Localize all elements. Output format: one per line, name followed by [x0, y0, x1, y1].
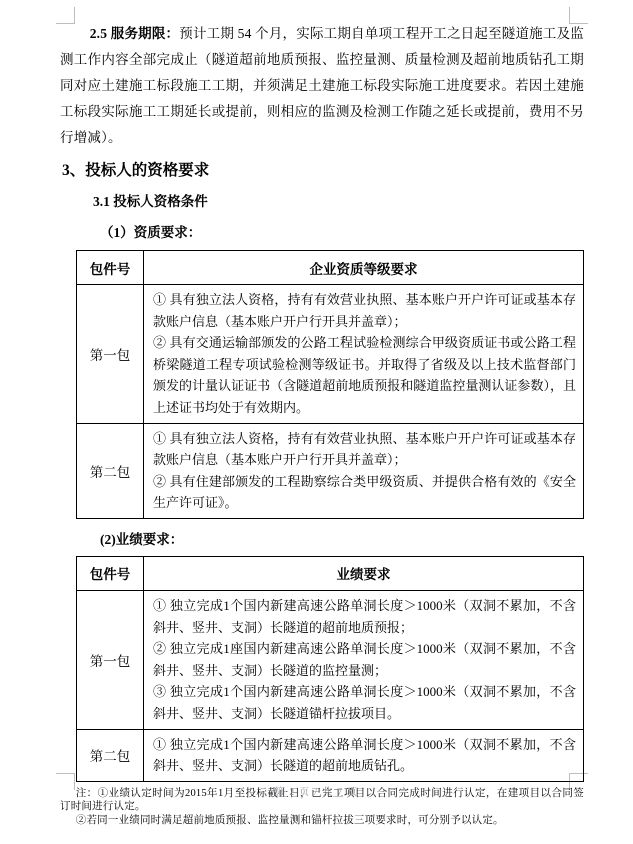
- table-row: 第二包 ① 具有独立法人资格，持有有效营业执照、基本账户开户许可证或基本存款账户…: [77, 423, 584, 518]
- table-row: 第一包 ① 具有独立法人资格，持有有效营业执照、基本账户开户许可证或基本存款账户…: [77, 285, 584, 424]
- column-header-performance-requirement: 业绩要求: [144, 556, 584, 590]
- table-header-row: 包件号 企业资质等级要求: [77, 251, 584, 285]
- table-row: 第一包 ① 独立完成1个国内新建高速公路单洞长度＞1000米（双洞不累加，不含斜…: [77, 590, 584, 729]
- performance-table: 包件号 业绩要求 第一包 ① 独立完成1个国内新建高速公路单洞长度＞1000米（…: [76, 556, 584, 782]
- column-header-package-number: 包件号: [77, 556, 144, 590]
- column-header-package-number: 包件号: [77, 251, 144, 285]
- requirement-item: ① 独立完成1个国内新建高速公路单洞长度＞1000米（双洞不累加，不含斜井、竖井…: [153, 734, 576, 777]
- package-number-cell: 第一包: [77, 285, 144, 424]
- table-header-row: 包件号 业绩要求: [77, 556, 584, 590]
- document-content: 2.5 服务期限：预计工期 54 个月，实际工期自单项工程开工之日起至隧道施工及…: [60, 21, 584, 827]
- service-period-paragraph: 2.5 服务期限：预计工期 54 个月，实际工期自单项工程开工之日起至隧道施工及…: [60, 21, 584, 151]
- service-period-text: 预计工期 54 个月，实际工期自单项工程开工之日起至隧道施工及监测工作内容全部完…: [60, 26, 584, 145]
- column-header-enterprise-qualification: 企业资质等级要求: [144, 251, 584, 285]
- document-page: 2.5 服务期限：预计工期 54 个月，实际工期自单项工程开工之日起至隧道施工及…: [0, 0, 633, 844]
- requirement-item: ① 具有独立法人资格，持有有效营业执照、基本账户开户许可证或基本存款账户信息（基…: [153, 289, 576, 332]
- qualification-table-body: 第一包 ① 具有独立法人资格，持有有效营业执照、基本账户开户许可证或基本存款账户…: [77, 285, 584, 519]
- performance-table-header: 包件号 业绩要求: [77, 556, 584, 590]
- subsection-title-bidder-conditions: 3.1 投标人资格条件: [93, 190, 584, 210]
- requirement-cell: ① 独立完成1个国内新建高速公路单洞长度＞1000米（双洞不累加，不含斜井、竖井…: [144, 729, 584, 781]
- qualification-requirements-label: （1）资质要求：: [100, 221, 584, 241]
- table-row: 第二包 ① 独立完成1个国内新建高速公路单洞长度＞1000米（双洞不累加，不含斜…: [77, 729, 584, 781]
- performance-table-body: 第一包 ① 独立完成1个国内新建高速公路单洞长度＞1000米（双洞不累加，不含斜…: [77, 590, 584, 781]
- performance-requirements-label: (2)业绩要求：: [100, 528, 584, 548]
- requirement-item: ① 独立完成1个国内新建高速公路单洞长度＞1000米（双洞不累加，不含斜井、竖井…: [153, 595, 576, 638]
- package-number-cell: 第二包: [77, 729, 144, 781]
- service-period-label: 2.5 服务期限：: [90, 26, 180, 41]
- requirement-cell: ① 具有独立法人资格，持有有效营业执照、基本账户开户许可证或基本存款账户信息（基…: [144, 423, 584, 518]
- package-number-cell: 第一包: [77, 590, 144, 729]
- package-number-cell: 第二包: [77, 423, 144, 518]
- note-line: ②若同一业绩同时满足超前地质预报、监控量测和锚杆拉拔三项要求时，可分别予以认定。: [60, 814, 584, 828]
- qualification-table-header: 包件号 企业资质等级要求: [77, 251, 584, 285]
- requirement-item: ① 具有独立法人资格，持有有效营业执照、基本账户开户许可证或基本存款账户信息（基…: [153, 428, 576, 471]
- requirement-item: ② 独立完成1座国内新建高速公路单洞长度＞1000米（双洞不累加，不含斜井、竖井…: [153, 638, 576, 681]
- requirement-item: ② 具有交通运输部颁发的公路工程试验检测综合甲级资质证书或公路工程桥梁隧道工程专…: [153, 332, 576, 418]
- requirement-cell: ① 独立完成1个国内新建高速公路单洞长度＞1000米（双洞不累加，不含斜井、竖井…: [144, 590, 584, 729]
- requirement-item: ② 具有住建部颁发的工程勘察综合类甲级资质、并提供合格有效的《安全生产许可证》。: [153, 471, 576, 514]
- requirement-cell: ① 具有独立法人资格，持有有效营业执照、基本账户开户许可证或基本存款账户信息（基…: [144, 285, 584, 424]
- section-title-qualification-requirements: 3、投标人的资格要求: [62, 158, 584, 180]
- requirement-item: ③ 独立完成1个国内新建高速公路单洞长度＞1000米（双洞不累加，不含斜井、竖井…: [153, 681, 576, 724]
- qualification-table: 包件号 企业资质等级要求 第一包 ① 具有独立法人资格，持有有效营业执照、基本账…: [76, 250, 584, 519]
- page-footer: 第 2 页 / 共 7 页: [0, 784, 633, 798]
